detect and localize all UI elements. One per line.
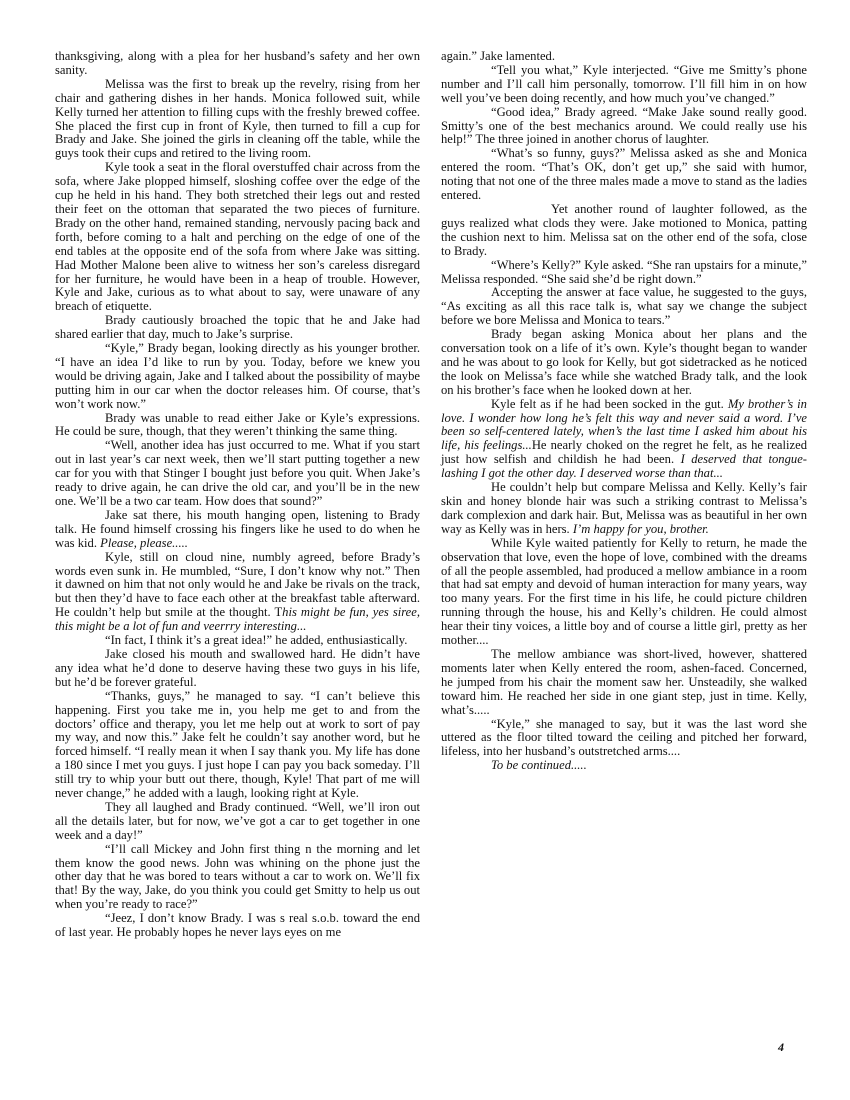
paragraph: “Thanks, guys,” he managed to say. “I ca… (55, 690, 420, 801)
paragraph: Jake closed his mouth and swallowed hard… (55, 648, 420, 690)
text: Kyle took a seat in the floral overstuff… (55, 160, 420, 313)
paragraph: Jake sat there, his mouth hanging open, … (55, 509, 420, 551)
text: “Well, another idea has just occurred to… (55, 438, 420, 508)
text: “Where’s Kelly?” Kyle asked. “She ran up… (441, 258, 807, 286)
text: “Kyle,” she managed to say, but it was t… (441, 717, 807, 759)
text: Brady cautiously broached the topic that… (55, 313, 420, 341)
paragraph: Melissa was the first to break up the re… (55, 78, 420, 161)
left-column: thanksgiving, along with a plea for her … (55, 50, 420, 940)
paragraph: “Tell you what,” Kyle interjected. “Give… (441, 64, 807, 106)
text: Melissa was the first to break up the re… (55, 77, 420, 161)
text: Yet another round of laughter followed, … (441, 202, 807, 258)
paragraph: “I’ll call Mickey and John first thing n… (55, 843, 420, 913)
text: again.” Jake lamented. (441, 49, 555, 63)
paragraph: Kyle took a seat in the floral overstuff… (55, 161, 420, 314)
paragraph: “Jeez, I don’t know Brady. I was s real … (55, 912, 420, 940)
italic-text: I’m happy for you, brother. (573, 522, 709, 536)
paragraph: To be continued..... (441, 759, 807, 773)
text: “Jeez, I don’t know Brady. I was s real … (55, 911, 420, 939)
italic-text: To be continued..... (491, 758, 587, 772)
text: Brady began asking Monica about her plan… (441, 327, 807, 397)
paragraph: “What’s so funny, guys?” Melissa asked a… (441, 147, 807, 203)
text: While Kyle waited patiently for Kelly to… (441, 536, 807, 647)
paragraph: Yet another round of laughter followed, … (441, 203, 807, 259)
text: “Good idea,” Brady agreed. “Make Jake so… (441, 105, 807, 147)
text: Brady was unable to read either Jake or … (55, 411, 420, 439)
text: Kyle felt as if he had been socked in th… (491, 397, 728, 411)
paragraph: Accepting the answer at face value, he s… (441, 286, 807, 328)
text: “Kyle,” Brady began, looking directly as… (55, 341, 420, 411)
paragraph: Kyle, still on cloud nine, numbly agreed… (55, 551, 420, 634)
right-column: again.” Jake lamented.“Tell you what,” K… (441, 50, 807, 773)
text: “I’ll call Mickey and John first thing n… (55, 842, 420, 912)
text: “Thanks, guys,” he managed to say. “I ca… (55, 689, 420, 800)
italic-text: Please, please..... (100, 536, 188, 550)
text: Jake closed his mouth and swallowed hard… (55, 647, 420, 689)
text: The mellow ambiance was short-lived, how… (441, 647, 807, 717)
paragraph: Kyle felt as if he had been socked in th… (441, 398, 807, 481)
page-number: 4 (778, 1040, 784, 1055)
text: They all laughed and Brady continued. “W… (55, 800, 420, 842)
paragraph: again.” Jake lamented. (441, 50, 807, 64)
paragraph: “Kyle,” she managed to say, but it was t… (441, 718, 807, 760)
paragraph: Brady was unable to read either Jake or … (55, 412, 420, 440)
paragraph: Brady began asking Monica about her plan… (441, 328, 807, 398)
paragraph: Brady cautiously broached the topic that… (55, 314, 420, 342)
text: “In fact, I think it’s a great idea!” he… (105, 633, 407, 647)
text: “What’s so funny, guys?” Melissa asked a… (441, 146, 807, 202)
paragraph: “Good idea,” Brady agreed. “Make Jake so… (441, 106, 807, 148)
text: “Tell you what,” Kyle interjected. “Give… (441, 63, 807, 105)
paragraph: The mellow ambiance was short-lived, how… (441, 648, 807, 718)
paragraph: They all laughed and Brady continued. “W… (55, 801, 420, 843)
paragraph: “Kyle,” Brady began, looking directly as… (55, 342, 420, 412)
text: thanksgiving, along with a plea for her … (55, 49, 420, 77)
paragraph: thanksgiving, along with a plea for her … (55, 50, 420, 78)
paragraph: “Well, another idea has just occurred to… (55, 439, 420, 509)
paragraph: “Where’s Kelly?” Kyle asked. “She ran up… (441, 259, 807, 287)
paragraph: “In fact, I think it’s a great idea!” he… (55, 634, 420, 648)
paragraph: He couldn’t help but compare Melissa and… (441, 481, 807, 537)
text: Accepting the answer at face value, he s… (441, 285, 807, 327)
paragraph: While Kyle waited patiently for Kelly to… (441, 537, 807, 648)
